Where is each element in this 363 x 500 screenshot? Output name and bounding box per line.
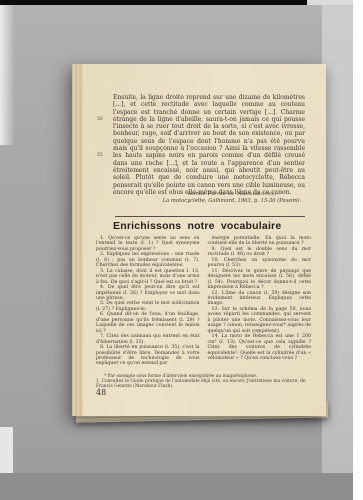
- footnotes: * Par exemple sous forme d'interview enr…: [96, 374, 310, 390]
- scanner-bottom-band: [0, 473, 353, 500]
- question-7: 7. Citez des animaux qui entrent en état…: [96, 334, 200, 345]
- page-number: 48: [96, 388, 106, 397]
- question-9: 9. Quel est le double sens du mot rectit…: [208, 247, 312, 258]
- questions-columns: 1. Qu'est-ce qu'une sente au sens où l'e…: [96, 236, 311, 367]
- excerpt-attribution: André Pieyre de Mandiargues, La motocycl…: [152, 191, 312, 204]
- question-8: 8. La liberté en puissance (l. 35), c'es…: [96, 345, 200, 367]
- question-14: 14. La moto de Rébecca est une 1 200 cm³…: [208, 334, 312, 361]
- margin-line-number-55: 55: [97, 152, 103, 159]
- margin-line-number-50: 50: [97, 116, 103, 123]
- scanner-topleft-highlight: [0, 5, 15, 145]
- book-spine-edge: [72, 64, 83, 416]
- scanner-right-band: [322, 5, 353, 500]
- question-2: 2. Expliquez les expressions : une ruade…: [96, 252, 200, 268]
- question-13: 13. Sur le schéma de la page 50, nous av…: [208, 307, 312, 334]
- excerpt-text: Ensuite, la ligne droite reprend sur une…: [113, 94, 305, 196]
- scanner-bottomleft-highlight: [0, 427, 13, 473]
- excerpt-block: 50 55 Ensuite, la ligne droite reprend s…: [113, 94, 305, 196]
- questions-column-left: 1. Qu'est-ce qu'une sente au sens où l'e…: [96, 236, 200, 367]
- section-heading: Enrichissons notre vocabulaire: [113, 220, 281, 232]
- attribution-source: La motocyclette, Gallimard, 1963, p. 15-…: [152, 198, 312, 205]
- question-6: 6. Quand dit-on de l'eau, d'un feuillage…: [96, 312, 200, 334]
- question-5: 5. De quel verbe vient le mot sollicitat…: [96, 301, 200, 312]
- footnote-1: 1. Consultez le Guide pratique de l'auto…: [96, 379, 310, 389]
- section-divider: [115, 216, 305, 217]
- question-11: 11. Décrivez le genre de paysage que dés…: [208, 269, 312, 291]
- scanner-top-edge: [0, 0, 307, 5]
- question-4: 4. De quel être peut-on dire qu'il est i…: [96, 285, 200, 301]
- question-12: 12. L'âme du canon (l. 59) désigne son é…: [208, 291, 312, 307]
- question-1: 1. Qu'est-ce qu'une sente au sens où l'e…: [96, 236, 200, 252]
- question-3: 3. La culasse, dont il est question l. 1…: [96, 269, 200, 285]
- question-10: 10. Cherchez un synonyme du mot pourvu (…: [208, 258, 312, 269]
- questions-column-right: énergie potentielle. En quoi la moto con…: [208, 236, 312, 367]
- book-page: 50 55 Ensuite, la ligne droite reprend s…: [72, 64, 326, 416]
- scan-right-margin: [353, 0, 363, 500]
- question-8-continued: énergie potentielle. En quoi la moto con…: [208, 236, 312, 247]
